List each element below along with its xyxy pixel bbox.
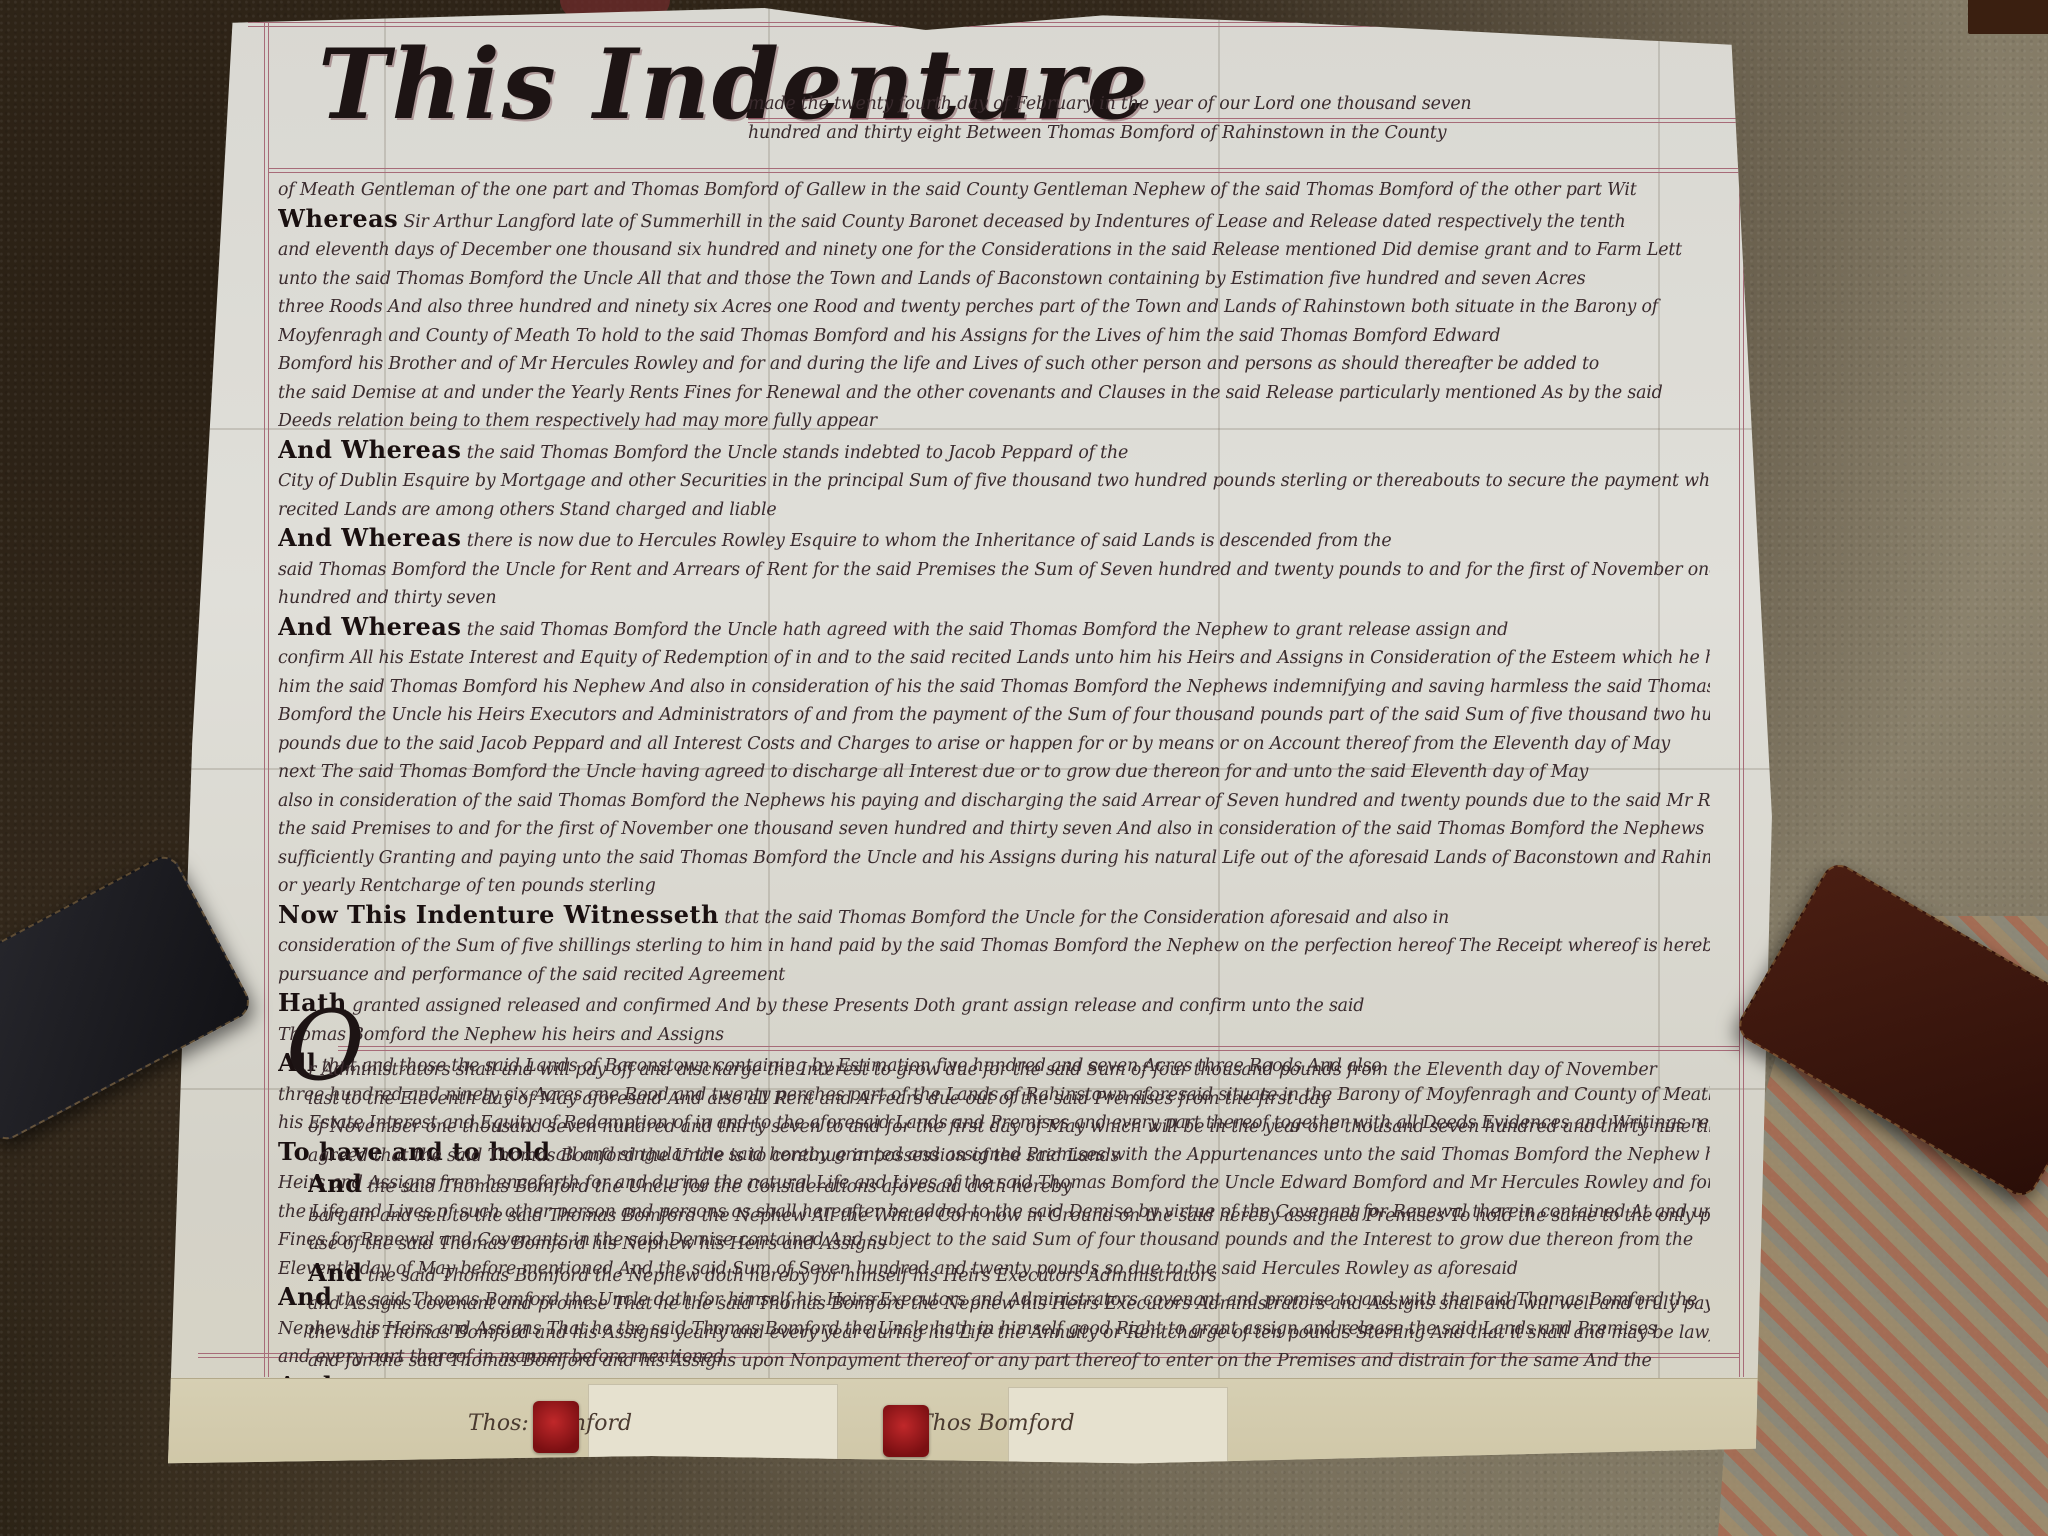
line-text: pounds due to the said Jacob Peppard and… [278,734,1670,754]
line-text: City of Dublin Esquire by Mortgage and o… [278,471,1710,491]
text-line: And Whereas there is now due to Hercules… [278,524,1710,556]
text-line: or yearly Rentcharge of ten pounds sterl… [278,872,1710,901]
text-line: him the said Thomas Bomford his Nephew A… [278,673,1710,702]
keyword-heading: And [308,1170,362,1198]
text-line: Hath granted assigned released and confi… [278,989,1710,1021]
line-text: the said Thomas Bomford the Uncle stands… [467,443,1128,463]
keyword-heading: And Whereas [278,436,461,464]
indenture-parchment: This Indenture made the twenty fourth da… [168,8,1780,1478]
line-text: confirm All his Estate Interest and Equi… [278,648,1710,668]
wax-seal-1 [533,1401,579,1453]
line-text: unto the said Thomas Bomford the Uncle A… [278,269,1585,289]
line-text: last to the Eleventh day of May aforesai… [308,1089,1329,1109]
line-text: the said Demise at and under the Yearly … [278,383,1663,403]
line-text: also in consideration of the said Thomas… [278,791,1710,811]
text-line: sufficiently Granting and paying unto th… [278,844,1710,873]
line-text: pursuance and performance of the said re… [278,965,785,985]
keyword-heading: Whereas [278,205,398,233]
keyword-heading: And [308,1259,362,1287]
text-line: consideration of the Sum of five shillin… [278,932,1710,961]
text-line: last to the Eleventh day of May aforesai… [308,1085,1710,1114]
ruled-line [268,168,1740,173]
text-line: next The said Thomas Bomford the Uncle h… [278,758,1710,787]
line-text: and eleventh days of December one thousa… [278,240,1682,260]
line-text: recited Lands are among others Stand cha… [278,500,777,520]
line-text: Moyfenragh and County of Meath To hold t… [278,326,1500,346]
line-text: next The said Thomas Bomford the Uncle h… [278,762,1588,782]
line-text: of Meath Gentleman of the one part and T… [278,180,1637,200]
text-line: of November one thousand seven hundred a… [308,1113,1710,1142]
text-line: unto the said Thomas Bomford the Uncle A… [278,265,1710,294]
text-line: And the said Thomas Bomford the Nephew d… [308,1259,1710,1291]
text-line: Bomford the Uncle his Heirs Executors an… [278,701,1710,730]
text-line: recited Lands are among others Stand cha… [278,496,1710,525]
line-text: that the said Thomas Bomford the Uncle f… [724,908,1449,928]
text-line: the said Premises to and for the first o… [278,815,1710,844]
line-text: consideration of the Sum of five shillin… [278,936,1710,956]
text-line: And the said Thomas Bomford the Uncle fo… [308,1170,1710,1202]
line-text: him the said Thomas Bomford his Nephew A… [278,677,1710,697]
line-text: Deeds relation being to them respectivel… [278,411,877,431]
line-text: the said Thomas Bomford the Uncle for th… [368,1177,1072,1197]
header-line: hundred and thirty eight Between Thomas … [748,119,1720,148]
line-text: Bomford the Uncle his Heirs Executors an… [278,705,1710,725]
line-text: sufficiently Granting and paying unto th… [278,848,1710,868]
line-text: and Assigns covenant and promise That he… [308,1294,1710,1314]
line-text: Bomford his Brother and of Mr Hercules R… [278,354,1599,374]
line-text: agreed that the said Thomas Bomford the … [308,1146,1119,1166]
line-text: use of the said Thomas Bomford his Nephe… [308,1234,886,1254]
furniture-corner [1968,0,2048,34]
line-text: of November one thousand seven hundred a… [308,1117,1710,1137]
line-text: hundred and thirty seven [278,588,496,608]
line-text: or yearly Rentcharge of ten pounds sterl… [278,876,656,896]
text-line: Thomas Bomford the Nephew his heirs and … [278,1021,1710,1050]
line-text: and for the said Thomas Bomford and his … [308,1351,1652,1371]
text-line: Whereas Sir Arthur Langford late of Summ… [278,205,1710,237]
line-text: granted assigned released and confirmed … [352,996,1364,1016]
keyword-heading: And Whereas [278,524,461,552]
line-text: the said Premises to and for the first o… [278,819,1710,839]
text-line: hundred and thirty seven [278,584,1710,613]
text-line: pounds due to the said Jacob Peppard and… [278,730,1710,759]
line-text: Sir Arthur Langford late of Summerhill i… [403,212,1625,232]
text-line: and for the said Thomas Bomford and his … [308,1347,1710,1376]
text-line: And Whereas the said Thomas Bomford the … [278,436,1710,468]
text-line: and Assigns covenant and promise That he… [308,1290,1710,1319]
text-line: agreed that the said Thomas Bomford the … [308,1142,1710,1171]
line-text: the said Thomas Bomford the Uncle hath a… [467,620,1508,640]
text-line: confirm All his Estate Interest and Equi… [278,644,1710,673]
text-line: the said Thomas Bomford and his Assigns … [308,1319,1710,1348]
line-text: said Thomas Bomford the Uncle for Rent a… [278,560,1710,580]
text-line: Moyfenragh and County of Meath To hold t… [278,322,1710,351]
text-line: Bomford his Brother and of Mr Hercules R… [278,350,1710,379]
ruled-margin-left [264,22,269,1377]
text-line: use of the said Thomas Bomford his Nephe… [308,1230,1710,1259]
line-text: there is now due to Hercules Rowley Esqu… [467,531,1392,551]
text-line: said Thomas Bomford the Uncle for Rent a… [278,556,1710,585]
text-line: the said Demise at and under the Yearly … [278,379,1710,408]
text-line: Now This Indenture Witnesseth that the s… [278,901,1710,933]
line-text: r Administrators shall and will pay off … [308,1060,1657,1080]
header-text: made the twenty fourth day of February i… [748,90,1720,147]
wax-seal-2 [883,1405,929,1457]
line-text: three Roods And also three hundred and n… [278,297,1658,317]
text-line: And Whereas the said Thomas Bomford the … [278,613,1710,645]
line-text: the said Thomas Bomford the Nephew doth … [368,1266,1217,1286]
text-line: of Meath Gentleman of the one part and T… [278,176,1710,205]
text-line: r Administrators shall and will pay off … [308,1056,1710,1085]
header-line: made the twenty fourth day of February i… [748,90,1720,119]
keyword-heading: And Whereas [278,613,461,641]
line-text: the said Thomas Bomford and his Assigns … [308,1323,1710,1343]
text-line: pursuance and performance of the said re… [278,961,1710,990]
keyword-heading: Now This Indenture Witnesseth [278,901,719,929]
text-line: City of Dublin Esquire by Mortgage and o… [278,467,1710,496]
text-line: also in consideration of the said Thomas… [278,787,1710,816]
signature-2: Thos Bomford [918,1411,1075,1436]
text-line: and eleventh days of December one thousa… [278,236,1710,265]
text-line: Deeds relation being to them respectivel… [278,407,1710,436]
text-line: three Roods And also three hundred and n… [278,293,1710,322]
line-text: bargain and sell to the said Thomas Bomf… [308,1206,1710,1226]
text-line: bargain and sell to the said Thomas Bomf… [308,1202,1710,1231]
